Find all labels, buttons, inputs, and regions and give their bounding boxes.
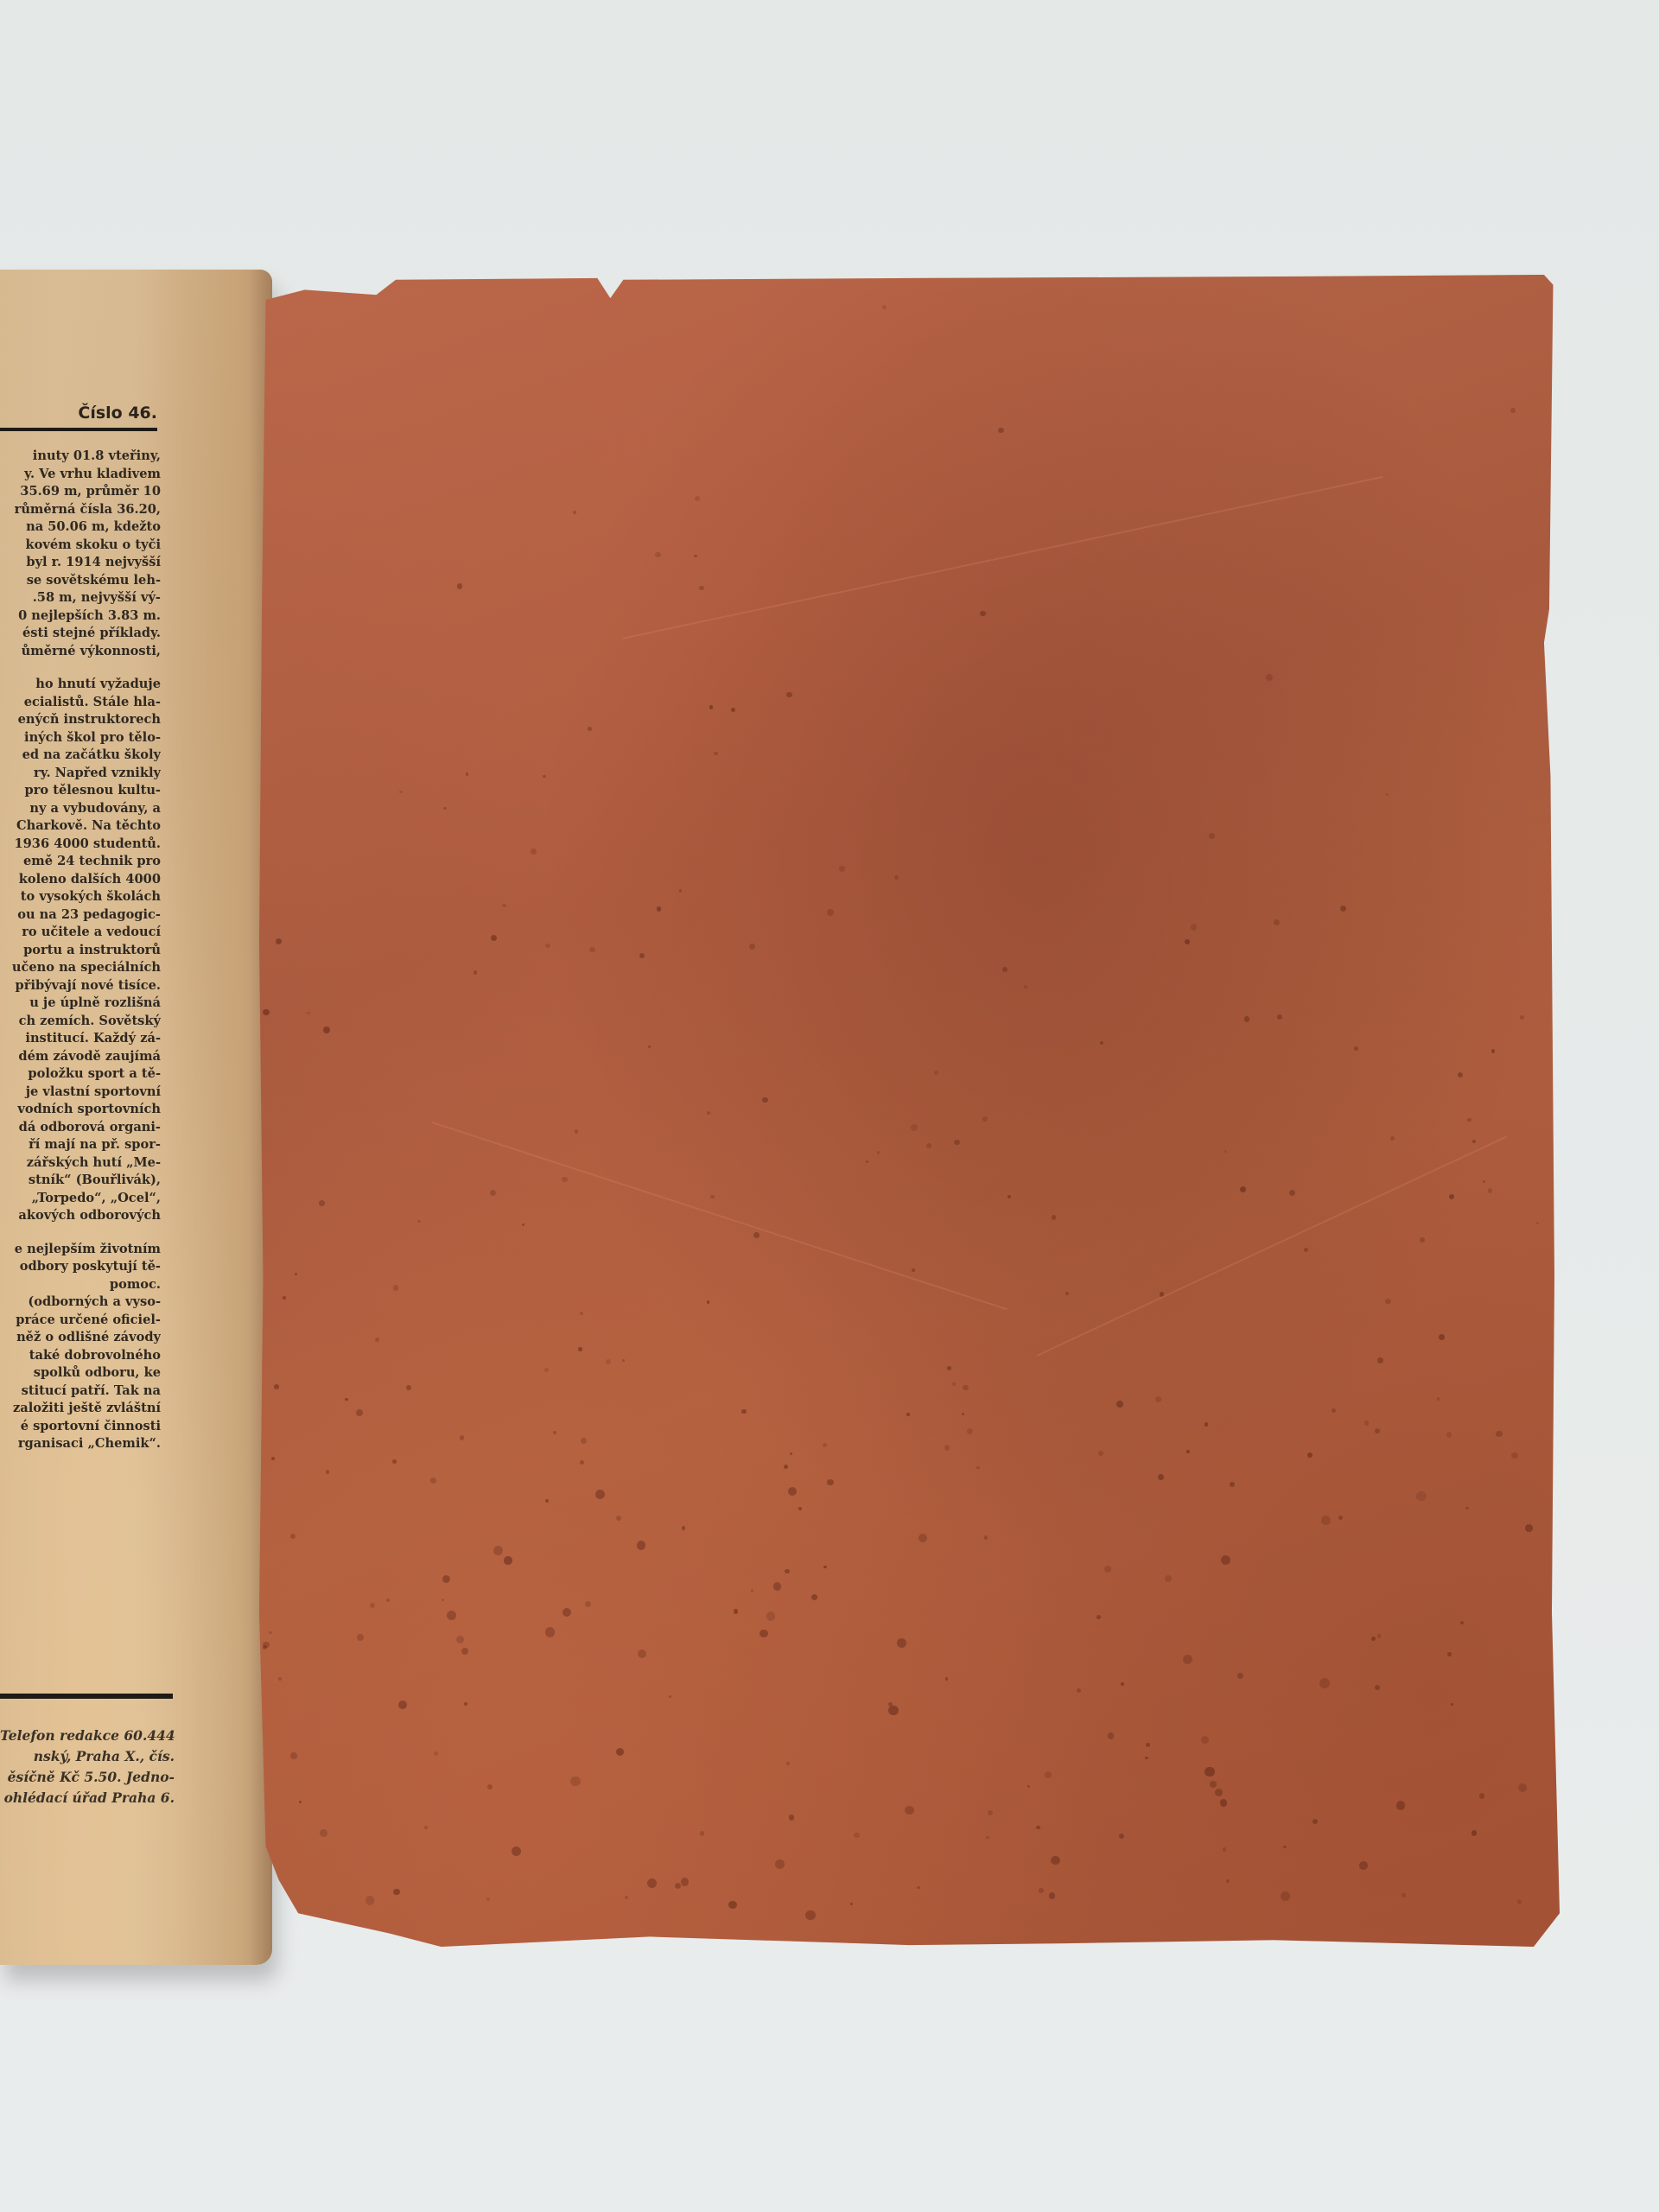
stain-speck (1039, 1888, 1044, 1893)
stain-speck (1491, 1049, 1495, 1052)
stain-speck (606, 1359, 611, 1364)
text-line: stník“ (Bouřlivák), (0, 1172, 161, 1190)
text-line: ry. Napřed vznikly (0, 765, 161, 783)
stain-speck (1451, 1703, 1453, 1706)
stain-speck (491, 935, 497, 941)
stain-speck (1402, 1893, 1406, 1897)
text-line: nský, Praha X., čís. (0, 1746, 175, 1767)
stain-speck (430, 1478, 436, 1484)
stain-speck (945, 1677, 949, 1681)
stain-speck (1146, 1743, 1150, 1747)
stain-speck (741, 1409, 747, 1414)
stain-speck (1359, 1861, 1368, 1870)
stain-speck (1377, 1634, 1382, 1638)
text-line: ohlédací úřad Praha 6. (0, 1788, 175, 1808)
stain-speck (897, 1638, 906, 1648)
stain-speck (1100, 1041, 1103, 1045)
stain-speck (850, 1903, 853, 1905)
text-line: také dobrovolného (0, 1347, 161, 1365)
stain-speck (442, 1575, 450, 1583)
stain-speck (589, 947, 594, 952)
stain-speck (657, 906, 661, 911)
text-line: stitucí patří. Tak na (0, 1382, 161, 1401)
stain-speck (461, 1648, 468, 1655)
text-line: přibývají nové tisíce. (0, 977, 161, 995)
stain-speck (457, 583, 463, 589)
stain-speck (320, 1829, 327, 1837)
stain-speck (1354, 1046, 1359, 1052)
stain-speck (1439, 1334, 1445, 1340)
stain-speck (502, 904, 506, 908)
stain-speck (918, 1534, 927, 1542)
stain-speck (1338, 1516, 1343, 1520)
stain-speck (581, 1438, 587, 1444)
stain-speck (466, 772, 468, 775)
stain-speck (648, 1046, 651, 1048)
stain-speck (976, 1466, 980, 1470)
stain-speck (906, 1413, 909, 1415)
stain-speck (1158, 1474, 1164, 1480)
stain-speck (710, 1195, 715, 1199)
stain-speck (504, 1556, 512, 1564)
stain-speck (545, 1499, 549, 1503)
cover-sheet (259, 275, 1560, 1947)
stain-speck (1518, 1783, 1527, 1792)
stain-speck (464, 1702, 467, 1706)
stain-speck (490, 1190, 496, 1196)
stain-speck (709, 705, 714, 709)
stain-speck (854, 1833, 859, 1838)
stain-speck (1155, 1396, 1161, 1402)
stain-speck (1244, 1016, 1250, 1022)
stain-speck (805, 1910, 816, 1921)
stain-speck (1416, 1491, 1427, 1502)
text-line: ro učitele a vedoucí (0, 924, 161, 942)
stain-speck (573, 511, 576, 514)
stain-speck (980, 611, 986, 617)
stain-speck (1517, 1899, 1522, 1904)
text-line: 0 nejlepších 3.83 m. (0, 607, 161, 626)
text-line: u je úplně rozlišná (0, 995, 161, 1013)
stain-speck (1201, 1736, 1209, 1744)
stain-speck (681, 1878, 689, 1885)
text-line: spolků odboru, ke (0, 1364, 161, 1382)
stain-speck (1220, 1799, 1227, 1806)
publication-footer: Telefon redakce 60.444.nský, Praha X., č… (0, 1726, 175, 1808)
stain-speck (714, 752, 717, 755)
stain-speck (1396, 1801, 1405, 1809)
stain-speck (1183, 1655, 1192, 1664)
stain-speck (1483, 1180, 1485, 1183)
text-line: (odborných a vyso- (0, 1294, 161, 1312)
stain-speck (734, 1609, 739, 1614)
text-line: 35.69 m, průměr 10 (0, 483, 161, 501)
stain-speck (1224, 1150, 1228, 1154)
stain-speck (290, 1534, 296, 1539)
text-line: ch zemích. Sovětský (0, 1013, 161, 1031)
stain-speck (785, 1569, 790, 1574)
text-line: akových odborových (0, 1207, 161, 1225)
stain-speck (443, 807, 447, 810)
stain-speck (827, 1479, 833, 1485)
text-line: Charkově. Na těchto (0, 817, 161, 836)
stain-speck (1321, 1516, 1331, 1525)
stain-speck (493, 1546, 503, 1555)
text-line: ůměrné výkonnosti, (0, 643, 161, 661)
stain-speck (1221, 1555, 1230, 1565)
stain-speck (1145, 1757, 1148, 1760)
stain-speck (1467, 1118, 1471, 1122)
stain-speck (1385, 1299, 1391, 1305)
stain-speck (1510, 408, 1516, 413)
stain-speck (345, 1398, 348, 1402)
stain-speck (276, 938, 282, 944)
stain-speck (1289, 1190, 1295, 1196)
stain-speck (1205, 1767, 1214, 1777)
text-line: dém závodě zaujímá (0, 1048, 161, 1066)
stain-speck (1209, 833, 1215, 839)
text-line: ho hnutí vyžaduje (0, 676, 161, 694)
text-line: e nejlepším životním (0, 1241, 161, 1259)
text-line: je vlastní sportovní (0, 1084, 161, 1102)
stain-speck (442, 1599, 444, 1601)
paragraph-3: e nejlepším životnímodbory poskytují tě-… (0, 1241, 161, 1453)
stain-speck (917, 1886, 919, 1889)
stain-speck (375, 1338, 380, 1343)
text-line: koleno dalších 4000 (0, 871, 161, 889)
stain-speck (263, 1009, 269, 1015)
text-line: portu a instruktorů (0, 942, 161, 960)
stain-speck (786, 1762, 790, 1765)
stain-speck (562, 1177, 568, 1183)
text-line: práce určené oficiel- (0, 1312, 161, 1330)
stain-speck (963, 1385, 968, 1390)
stain-speck (1520, 1015, 1524, 1020)
stain-speck (616, 1516, 621, 1521)
text-line: enýcň instruktorech (0, 711, 161, 729)
stain-speck (682, 1526, 685, 1529)
text-line: růměrná čísla 36.20, (0, 501, 161, 519)
text-line: é sportovní činnosti (0, 1418, 161, 1436)
text-line: položku sport a tě- (0, 1065, 161, 1084)
stain-speck (1458, 1072, 1463, 1077)
stain-speck (1274, 919, 1280, 925)
stain-speck (728, 1901, 736, 1909)
stain-speck (789, 1815, 794, 1820)
text-line: Telefon redakce 60.444. (0, 1726, 175, 1746)
stain-speck (545, 1627, 556, 1637)
stain-speck (1525, 1524, 1533, 1532)
text-line: .58 m, nejvyšší vý- (0, 589, 161, 607)
stain-speck (543, 775, 546, 779)
stain-speck (263, 1642, 269, 1648)
stain-speck (1215, 1789, 1223, 1796)
stain-speck (1052, 1215, 1057, 1220)
stain-speck (595, 1490, 605, 1499)
stain-speck (786, 692, 791, 697)
stain-speck (700, 1831, 704, 1835)
stain-speck (399, 791, 403, 794)
stain-speck (274, 1384, 279, 1389)
stain-speck (784, 1465, 788, 1469)
stain-speck (1077, 1688, 1081, 1693)
stain-speck (1226, 1879, 1230, 1883)
stain-speck (1437, 1397, 1440, 1401)
header-rule (0, 428, 157, 431)
stain-speck (1098, 1451, 1103, 1456)
text-line: ecialistů. Stále hla- (0, 694, 161, 712)
stain-speck (911, 1124, 918, 1131)
stain-speck (299, 1801, 302, 1803)
stain-speck (679, 889, 683, 893)
text-line: y. Ve vrhu kladivem (0, 466, 161, 484)
text-line: kovém skoku o tyči (0, 537, 161, 555)
text-line: inuty 01.8 vteřiny, (0, 448, 161, 466)
issue-number: Číslo 46. (78, 404, 157, 423)
stain-speck (1002, 967, 1007, 972)
text-line: ou na 23 pedagogic- (0, 906, 161, 925)
stain-speck (398, 1700, 407, 1709)
stain-speck (319, 1200, 325, 1206)
stain-speck (894, 875, 899, 880)
stain-speck (1377, 1357, 1383, 1363)
stain-speck (1027, 1785, 1030, 1788)
stain-speck (773, 1582, 782, 1591)
text-line: iných škol pro tělo- (0, 729, 161, 747)
stain-speck (1332, 1408, 1336, 1413)
stain-speck (1049, 1892, 1055, 1898)
stain-speck (1447, 1652, 1452, 1656)
text-line: učeno na speciálních (0, 959, 161, 977)
stain-speck (283, 1296, 286, 1300)
stain-speck (1036, 1826, 1039, 1829)
stain-speck (393, 1285, 398, 1290)
stain-speck (823, 1443, 827, 1447)
stain-speck (563, 1608, 571, 1617)
text-line: to vysokých školách (0, 888, 161, 906)
stain-speck (357, 1634, 363, 1640)
stain-speck (798, 1507, 802, 1510)
stain-speck (1364, 1421, 1369, 1425)
text-line: ěsíčně Kč 5.50. Jedno- (0, 1767, 175, 1788)
stain-speck (1319, 1678, 1330, 1688)
stain-speck (749, 944, 755, 950)
stain-speck (827, 909, 834, 916)
stain-speck (424, 1826, 428, 1829)
stain-speck (1386, 793, 1389, 796)
stain-speck (622, 1359, 625, 1362)
stain-speck (731, 708, 735, 712)
stain-speck (839, 866, 845, 872)
stain-speck (669, 1695, 671, 1698)
stain-speck (1375, 1685, 1380, 1690)
stain-speck (1186, 1450, 1190, 1453)
stain-speck (460, 1435, 464, 1440)
stain-speck (988, 1810, 993, 1815)
stain-speck (585, 1601, 591, 1607)
stain-speck (1283, 1846, 1287, 1849)
article-text: inuty 01.8 vteřiny,y. Ve vrhu kladivem35… (0, 448, 161, 1453)
stain-speck (1277, 1014, 1282, 1020)
stain-speck (1449, 1194, 1454, 1199)
stain-speck (1471, 1830, 1477, 1835)
stain-speck (926, 1143, 931, 1148)
stain-speck (1121, 1682, 1124, 1686)
stain-speck (386, 1599, 390, 1602)
stain-speck (1375, 1428, 1380, 1433)
stain-speck (707, 1111, 710, 1115)
stain-speck (588, 727, 592, 731)
stain-speck (578, 1347, 582, 1351)
text-line: byl r. 1914 nejvyšší (0, 554, 161, 572)
stain-speck (1240, 1186, 1246, 1192)
stain-speck (625, 1896, 628, 1899)
stain-speck (570, 1777, 580, 1786)
stain-speck (474, 970, 477, 974)
stain-speck (370, 1603, 376, 1609)
stain-speck (1205, 1422, 1209, 1427)
stain-speck (1119, 1834, 1124, 1839)
text-line: pro tělesnou kultu- (0, 782, 161, 800)
stain-speck (982, 1116, 988, 1122)
stain-speck (811, 1594, 817, 1600)
stain-speck (1281, 1891, 1290, 1901)
stain-speck (1230, 1482, 1235, 1487)
stain-speck (637, 1541, 645, 1549)
text-line: založiti ještě zvláštní (0, 1400, 161, 1418)
stain-speck (1210, 1781, 1217, 1788)
stain-speck (1237, 1673, 1243, 1679)
stain-speck (1304, 1248, 1308, 1252)
stain-speck (447, 1611, 456, 1620)
stain-speck (1446, 1432, 1452, 1437)
stain-speck (487, 1784, 493, 1789)
text-line: pomoc. (0, 1276, 161, 1294)
stain-speck (934, 1071, 938, 1075)
stain-speck (952, 1382, 956, 1386)
stain-speck (295, 1273, 297, 1275)
stain-speck (1460, 1621, 1464, 1624)
stain-speck (1104, 1566, 1110, 1572)
stain-speck (522, 1224, 524, 1226)
stain-speck (1371, 1637, 1376, 1641)
stain-speck (512, 1847, 521, 1856)
paper-crease (1037, 1136, 1508, 1357)
stain-speck (638, 1649, 646, 1658)
stain-speck (269, 1631, 271, 1634)
stain-speck (775, 1859, 784, 1868)
text-line: ésti stejné příklady. (0, 625, 161, 643)
stain-speck (406, 1385, 411, 1390)
text-line: rganisaci „Chemik“. (0, 1435, 161, 1453)
stain-speck (967, 1428, 974, 1435)
stain-speck (1511, 1452, 1518, 1459)
text-line: institucí. Každý zá- (0, 1030, 161, 1048)
text-line: vodních sportovních (0, 1101, 161, 1119)
stain-speck (639, 953, 645, 958)
stain-speck (707, 1300, 709, 1303)
stain-speck (962, 1413, 964, 1415)
stain-speck (307, 1012, 309, 1014)
stain-speck (766, 1611, 776, 1621)
stain-speck (675, 1883, 681, 1889)
stain-speck (1007, 1195, 1011, 1198)
stain-speck (1096, 1615, 1101, 1619)
stain-speck (1420, 1237, 1425, 1243)
stain-speck (790, 1452, 792, 1455)
stain-speck (823, 1566, 827, 1569)
stain-speck (1108, 1732, 1114, 1738)
stain-speck (1165, 1575, 1172, 1582)
stain-speck (486, 1897, 490, 1901)
stain-speck (944, 1445, 950, 1450)
stain-speck (1307, 1452, 1313, 1458)
text-line: zářských hutí „Me- (0, 1154, 161, 1173)
stain-speck (647, 1878, 657, 1888)
text-line: odbory poskytují tě- (0, 1258, 161, 1276)
text-line: 1936 4000 studentů. (0, 836, 161, 854)
stain-speck (1479, 1793, 1485, 1799)
stain-speck (753, 1232, 760, 1239)
stain-speck (655, 552, 660, 557)
stain-speck (1472, 1140, 1476, 1143)
stain-speck (553, 1431, 556, 1434)
paper-crease (622, 476, 1383, 639)
stain-speck (1065, 1292, 1068, 1294)
stain-speck (912, 1268, 914, 1271)
text-line: se sovětskému leh- (0, 572, 161, 590)
stain-speck (694, 555, 697, 558)
stain-speck (580, 1460, 584, 1465)
stain-speck (1045, 1771, 1052, 1778)
paragraph-2: ho hnutí vyžadujeecialistů. Stále hla-en… (0, 676, 161, 1225)
stain-speck (365, 1896, 374, 1904)
stain-speck (1116, 1401, 1123, 1408)
stain-speck (417, 1220, 421, 1224)
stain-speck (456, 1636, 464, 1643)
stain-speck (954, 1140, 959, 1145)
stain-speck (905, 1806, 913, 1815)
stain-speck (1051, 1856, 1059, 1865)
stain-speck (580, 1312, 583, 1315)
paper-crease (432, 1122, 1007, 1310)
text-line: dá odborová organi- (0, 1119, 161, 1137)
stain-speck (1390, 1136, 1395, 1141)
stain-speck (1185, 939, 1190, 944)
stain-speck (271, 1457, 275, 1460)
stain-speck (393, 1889, 399, 1895)
stain-speck (947, 1366, 951, 1370)
footer-rule (0, 1694, 173, 1699)
stain-speck (998, 428, 1004, 434)
stain-speck (616, 1748, 624, 1756)
text-line: emě 24 technik pro (0, 853, 161, 871)
stain-speck (1313, 1819, 1318, 1824)
stain-speck (984, 1535, 988, 1539)
stain-speck (760, 1630, 768, 1638)
stain-speck (986, 1836, 989, 1840)
stain-speck (278, 1677, 282, 1681)
text-line: „Torpedo“, „Ocel“, (0, 1190, 161, 1208)
text-line: ří mají na př. spor- (0, 1136, 161, 1154)
stain-speck (1223, 1847, 1226, 1851)
stain-speck (531, 849, 537, 855)
paragraph-1: inuty 01.8 vteřiny,y. Ve vrhu kladivem35… (0, 448, 161, 660)
stain-speck (356, 1409, 363, 1416)
text-line: ny a vybudovány, a (0, 800, 161, 818)
stain-speck (434, 1751, 437, 1755)
stain-speck (877, 1151, 880, 1154)
